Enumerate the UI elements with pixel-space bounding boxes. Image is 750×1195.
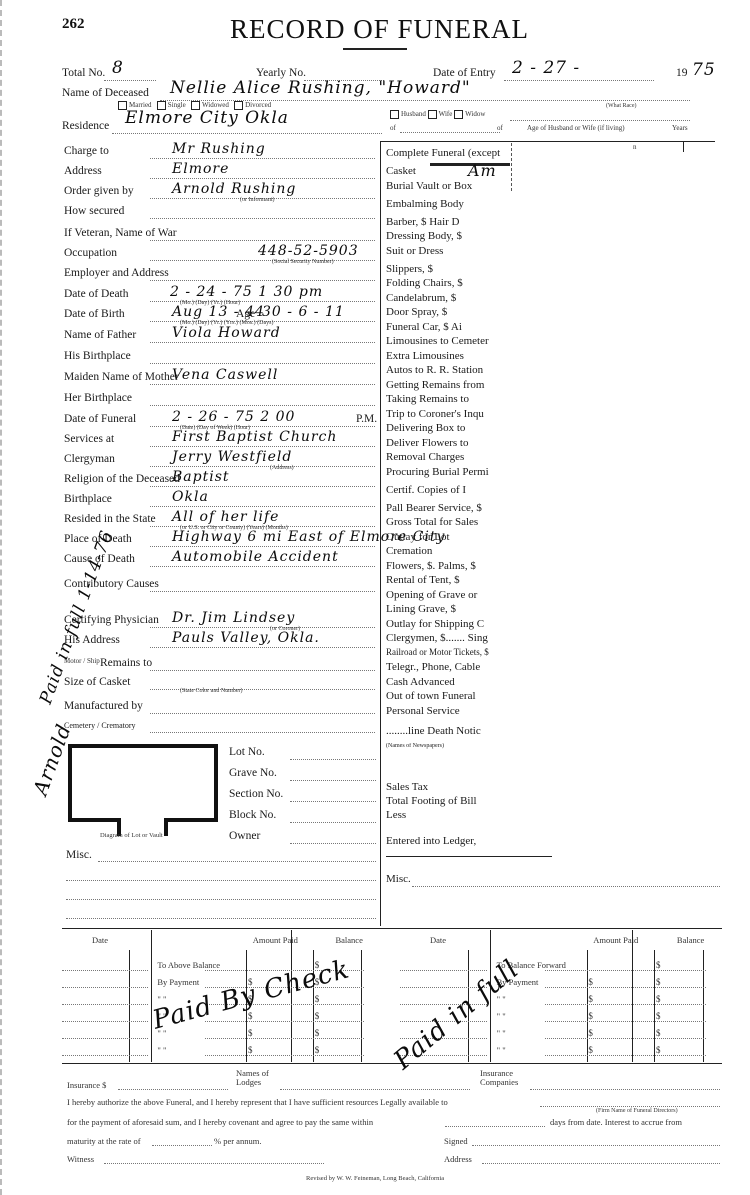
authorize-text: I hereby authorize the above Funeral, an… — [67, 1097, 448, 1107]
field-label: His Birthplace — [64, 350, 131, 362]
ledger-entry-rule — [386, 856, 552, 857]
page-number: 262 — [62, 16, 85, 33]
year-value[interactable]: 75 — [692, 60, 716, 80]
field-value[interactable]: Okla — [172, 489, 209, 505]
insurance-label: Insurance $ — [67, 1080, 106, 1090]
ledger-row-label: " " — [497, 1011, 506, 1021]
balance-currency: $ — [315, 1045, 320, 1055]
lot-field-label: Owner — [229, 830, 260, 842]
charge-item: Slippers, $ — [386, 263, 512, 275]
charge-item: Cash Advanced — [386, 676, 512, 688]
charge-item: Complete Funeral (except — [386, 147, 512, 159]
payment-text: for the payment of aforesaid sum, and I … — [67, 1117, 373, 1127]
charge-item: Clergymen, $....... Sing — [386, 632, 512, 644]
charge-item: Procuring Burial Permi — [386, 466, 512, 478]
ledger-column-rule — [361, 950, 362, 1062]
field-value[interactable]: Mr Rushing — [172, 141, 266, 157]
charge-summary-item: Misc. — [386, 873, 512, 885]
charge-item: Limousines to Cemeter — [386, 335, 512, 347]
charge-item: Out of town Funeral — [386, 690, 512, 702]
field-label: Charge to — [64, 145, 109, 157]
field-caption: (State Color and Number) — [180, 688, 242, 694]
lot-diagram-base-left — [68, 818, 120, 822]
field-value[interactable]: Automobile Accident — [172, 549, 339, 565]
of-label: of — [390, 124, 396, 132]
amount-currency: $ — [588, 1011, 593, 1021]
casket-handwriting[interactable]: Am — [468, 161, 497, 180]
revised-by: Revised by W. W. Feineman, Long Beach, C… — [306, 1175, 444, 1182]
ledger-bottom-rule — [62, 1063, 722, 1064]
misc-label-left: Misc. — [66, 849, 92, 861]
field-label: Manufactured by — [64, 700, 143, 712]
lot-diagram-caption: Diagram of Lot or Vault — [100, 832, 163, 839]
charge-item: Pall Bearer Service, $ — [386, 502, 512, 514]
field-label: Clergyman — [64, 453, 115, 465]
charge-item: Deliver Flowers to — [386, 437, 512, 449]
amount-currency: $ — [588, 1045, 593, 1055]
ledger-row-label: " " — [497, 1028, 506, 1038]
charge-item: Outlay for Lot — [386, 531, 512, 543]
field-label: Name of Father — [64, 329, 136, 341]
balance-currency: $ — [656, 960, 661, 970]
balance-currency: $ — [656, 1045, 661, 1055]
field-label: Size of Casket — [64, 676, 130, 688]
name-of-deceased-value[interactable]: Nellie Alice Rushing, "Howard" — [170, 78, 471, 98]
charge-item: Trip to Coroner's Inqu — [386, 408, 512, 420]
field-label: Occupation — [64, 247, 117, 259]
age-label: Age — [236, 308, 255, 320]
balance-currency: $ — [315, 1011, 320, 1021]
amount-currency: $ — [588, 1028, 593, 1038]
amount-currency: $ — [588, 994, 593, 1004]
header-divider — [380, 141, 715, 142]
charge-item: Removal Charges — [386, 451, 512, 463]
field-label: Address — [64, 165, 102, 177]
lot-field-label: Section No. — [229, 788, 283, 800]
residence-label: Residence — [62, 120, 109, 132]
charge-item: Dressing Body, $ — [386, 230, 512, 242]
field-value[interactable]: Pauls Valley, Okla. — [172, 630, 320, 646]
field-value[interactable]: Arnold Rushing — [172, 181, 296, 197]
field-value[interactable]: 448-52-5903 — [258, 243, 359, 259]
charge-item: Cremation — [386, 545, 512, 557]
field-label: Date of Death — [64, 288, 129, 300]
field-label: Date of Funeral — [64, 413, 136, 425]
ledger-date-header: Date — [92, 935, 108, 945]
charge-item: Rental of Tent, $ — [386, 574, 512, 586]
field-label: If Veteran, Name of War — [64, 227, 177, 239]
spouse-options: Husband Wife Widow — [390, 110, 485, 119]
title-underline — [343, 48, 407, 50]
residence-value[interactable]: Elmore City Okla — [125, 108, 289, 128]
field-caption: (Social Security Number) — [272, 259, 334, 265]
charge-item: Outlay for Shipping C — [386, 618, 512, 630]
field-label: How secured — [64, 205, 124, 217]
charge-item: Gross Total for Sales — [386, 516, 512, 528]
address-label: Address — [444, 1154, 472, 1164]
stray-mark: n — [633, 143, 637, 151]
balance-currency: $ — [315, 1028, 320, 1038]
charge-summary-item: ........line Death Notic — [386, 725, 512, 737]
charge-summary-item: Total Footing of Bill — [386, 795, 512, 807]
checkbox-husband[interactable]: Husband — [390, 110, 426, 118]
charge-item: Delivering Box to — [386, 422, 512, 434]
ledger-balance-header: Balance — [335, 935, 362, 945]
year-prefix: 19 — [676, 67, 688, 79]
amount-currency: $ — [248, 1011, 253, 1021]
field-value[interactable]: Jerry Westfield — [172, 449, 292, 465]
ledger-column-rule — [703, 950, 704, 1062]
field-label: Religion of the Deceased — [64, 473, 180, 485]
lot-diagram — [68, 744, 218, 822]
ledger-balance-header: Balance — [677, 935, 704, 945]
charge-item: Folding Chairs, $ — [386, 277, 512, 289]
companies-label: Insurance Companies — [480, 1069, 530, 1087]
field-value[interactable]: 2 - 26 - 75 2 00 — [172, 409, 295, 425]
total-no-label: Total No. — [62, 67, 105, 79]
field-value[interactable]: First Baptist Church — [172, 429, 337, 445]
page-title: RECORD OF FUNERAL — [230, 14, 529, 45]
field-label: Her Birthplace — [64, 392, 132, 404]
amount-currency: $ — [248, 1045, 253, 1055]
field-value[interactable]: Viola Howard — [172, 325, 281, 341]
age-value[interactable]: 30 - 6 - 11 — [262, 304, 345, 320]
field-caption: (or Informant) — [240, 197, 275, 203]
witness-label: Witness — [67, 1154, 94, 1164]
ledger-column-rule — [129, 950, 130, 1062]
years-label: Years — [672, 124, 688, 132]
ledger-date-header: Date — [430, 935, 446, 945]
total-no-value[interactable]: 8 — [112, 58, 124, 78]
balance-currency: $ — [656, 977, 661, 987]
scan-margin-edge — [0, 0, 6, 1195]
maturity-text: maturity at the rate of — [67, 1136, 141, 1146]
of-label-2: of — [497, 124, 503, 132]
ledger-row-label: By Payment — [157, 977, 199, 987]
ledger-row-label: " " — [157, 1045, 166, 1055]
ledger-row-label: To Above Balance — [157, 960, 220, 970]
charge-item: Getting Remains from — [386, 379, 512, 391]
lot-diagram-base-right — [164, 818, 214, 822]
pm-suffix: P.M. — [356, 413, 377, 425]
amount-currency: $ — [588, 977, 593, 987]
signed-label: Signed — [444, 1136, 468, 1146]
field-label: Resided in the State — [64, 513, 156, 525]
field-caption: (Address) — [270, 465, 294, 471]
charge-item: Railroad or Motor Tickets, $ — [386, 647, 512, 657]
field-value[interactable]: All of her life — [172, 509, 279, 525]
charge-summary-item: Sales Tax — [386, 781, 512, 793]
stray-tick — [683, 142, 684, 152]
charge-item: Suit or Dress — [386, 245, 512, 257]
days-text: days from date. Interest to accrue from — [550, 1117, 682, 1127]
balance-currency: $ — [656, 994, 661, 1004]
charge-summary-item: Less — [386, 809, 512, 821]
charge-item: Door Spray, $ — [386, 306, 512, 318]
charge-item: Autos to R. R. Station — [386, 364, 512, 376]
charge-item: Opening of Grave or — [386, 589, 512, 601]
field-value[interactable]: 2 - 24 - 75 1 30 pm — [170, 284, 323, 300]
charge-summary-item: Entered into Ledger, — [386, 835, 512, 847]
age-spouse-label: Age of Husband or Wife (if living) — [527, 124, 625, 132]
race-caption: (What Race) — [606, 103, 636, 109]
charge-summary-item: (Names of Newspapers) — [386, 743, 512, 749]
charge-item: Personal Service — [386, 705, 512, 717]
name-of-deceased-label: Name of Deceased — [62, 87, 149, 99]
amount-currency: $ — [248, 1028, 253, 1038]
date-of-entry-value[interactable]: 2 - 27 - — [512, 58, 580, 78]
charge-item: Flowers, $. Palms, $ — [386, 560, 512, 572]
firm-caption: (Firm Name of Funeral Directors) — [596, 1108, 678, 1114]
field-value[interactable]: Dr. Jim Lindsey — [172, 610, 295, 626]
checkbox-wife[interactable]: Wife — [428, 110, 453, 118]
lot-field-label: Block No. — [229, 809, 276, 821]
field-value[interactable]: Vena Caswell — [172, 367, 278, 383]
charge-item: Burial Vault or Box — [386, 180, 512, 192]
charge-item: Funeral Car, $ Ai — [386, 321, 512, 333]
field-value[interactable]: Elmore — [172, 161, 229, 177]
field-label: Birthplace — [64, 493, 112, 505]
lodges-label: Names of Lodges — [236, 1069, 276, 1087]
charge-item: Telegr., Phone, Cable — [386, 661, 512, 673]
charge-item: Lining Grave, $ — [386, 603, 512, 615]
field-label: Services at — [64, 433, 114, 445]
field-label: Date of Birth — [64, 308, 125, 320]
field-value[interactable]: Baptist — [172, 469, 230, 485]
lot-field-label: Grave No. — [229, 767, 277, 779]
charges-column-border — [380, 141, 381, 926]
charge-item: Taking Remains to — [386, 393, 512, 405]
balance-currency: $ — [315, 994, 320, 1004]
percent-text: % per annum. — [214, 1136, 261, 1146]
field-label: Remains to — [100, 657, 152, 669]
field-label: Employer and Address — [64, 267, 169, 279]
charge-item: Extra Limousines — [386, 350, 512, 362]
field-label: Maiden Name of Mother — [64, 371, 179, 383]
ledger-row-label: " " — [497, 1045, 506, 1055]
ledger-column-rule — [151, 930, 152, 1062]
checkbox-widow[interactable]: Widow — [454, 110, 485, 118]
balance-currency: $ — [656, 1028, 661, 1038]
field-label: Order given by — [64, 185, 134, 197]
ledger-top-rule — [62, 928, 722, 929]
lot-field-label: Lot No. — [229, 746, 265, 758]
ledger-column-rule — [632, 930, 633, 1062]
lot-diagram-entry-right — [164, 818, 168, 836]
charge-item: Embalming Body — [386, 198, 512, 210]
charge-item: Barber, $ Hair D — [386, 216, 512, 228]
balance-currency: $ — [656, 1011, 661, 1021]
charge-item: Candelabrum, $ — [386, 292, 512, 304]
charge-item: Certif. Copies of I — [386, 484, 512, 496]
